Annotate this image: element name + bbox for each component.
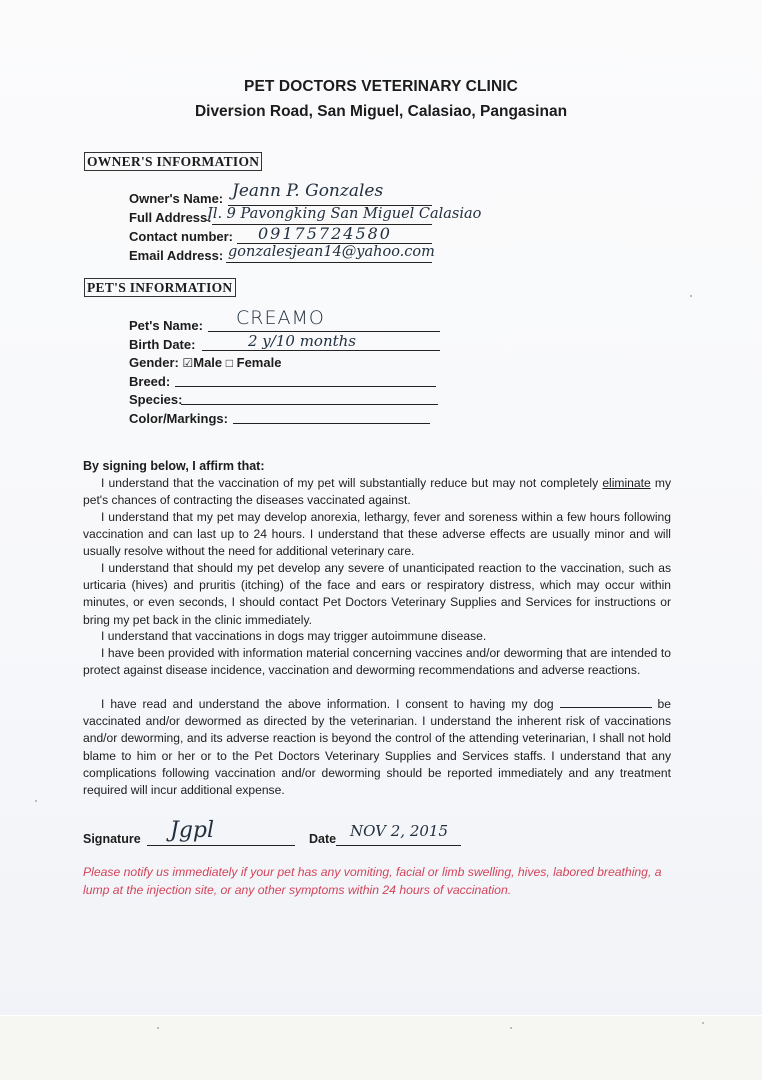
pet-name-field[interactable]: CREAMO	[236, 307, 325, 329]
signature-line	[147, 845, 295, 846]
owner-name-field[interactable]: Jeann P. Gonzales	[232, 181, 383, 201]
p1-underlined: eliminate	[602, 476, 650, 490]
scan-speck	[702, 1022, 704, 1024]
owner-name-label: Owner's Name:	[129, 191, 223, 206]
scan-speck	[690, 295, 692, 297]
post-vaccination-notice: Please notify us immediately if your pet…	[83, 863, 683, 899]
p6-text-b: be vaccinated and/or dewormed as directe…	[83, 697, 671, 797]
email-label: Email Address:	[129, 248, 223, 263]
date-line	[336, 845, 461, 846]
owner-section-title: OWNER'S INFORMATION	[84, 152, 262, 171]
birth-date-label: Birth Date:	[129, 337, 195, 352]
signature-field[interactable]: Jgpl	[170, 818, 214, 843]
scan-speck	[157, 1027, 159, 1029]
pet-name-label: Pet's Name:	[129, 318, 203, 333]
female-option-label: Female	[237, 355, 282, 370]
affirmation-heading: By signing below, I affirm that:	[83, 459, 265, 473]
date-label: Date	[309, 832, 336, 846]
scan-speck	[35, 800, 37, 802]
scan-speck	[510, 1027, 512, 1029]
male-checkbox[interactable]: ☑	[182, 356, 193, 370]
dog-name-blank[interactable]	[560, 697, 652, 708]
contact-number-field[interactable]: 09175724580	[258, 224, 392, 243]
affirmation-paragraph-5: I have been provided with information ma…	[83, 645, 671, 679]
owner-address-label: Full Address:	[129, 210, 212, 225]
color-markings-label: Color/Markings:	[129, 411, 228, 426]
gender-group: Gender: ☑Male □ Female	[129, 355, 281, 370]
affirmation-paragraph-6: I have read and understand the above inf…	[83, 696, 671, 799]
breed-field[interactable]	[175, 386, 436, 387]
email-field[interactable]: gonzalesjean14@yahoo.com	[228, 244, 435, 260]
color-markings-field[interactable]	[233, 423, 430, 424]
p1-text-a: I understand that the vaccination of my …	[101, 476, 602, 490]
female-checkbox[interactable]: □	[226, 356, 233, 370]
species-label: Species:	[129, 392, 182, 407]
date-field[interactable]: NOV 2, 2015	[350, 822, 448, 840]
signature-label: Signature	[83, 832, 141, 846]
affirmation-paragraph-1: I understand that the vaccination of my …	[83, 475, 671, 509]
birth-date-line	[202, 350, 440, 351]
affirmation-paragraph-2: I understand that my pet may develop ano…	[83, 509, 671, 561]
owner-address-field[interactable]: Jl. 9 Pavongking San Miguel Calasiao	[207, 206, 481, 222]
male-option-label: Male	[193, 355, 222, 370]
p6-text-a: I have read and understand the above inf…	[101, 697, 560, 711]
gender-label: Gender:	[129, 355, 179, 370]
birth-date-field[interactable]: 2 y/10 months	[248, 332, 356, 350]
email-line	[226, 262, 432, 263]
contact-number-label: Contact number:	[129, 229, 233, 244]
clinic-address: Diversion Road, San Miguel, Calasiao, Pa…	[0, 103, 762, 121]
affirmation-paragraph-3: I understand that should my pet develop …	[83, 560, 671, 629]
pet-section-title: PET'S INFORMATION	[84, 278, 236, 297]
scanner-bed	[0, 1015, 762, 1080]
species-field[interactable]	[181, 404, 438, 405]
breed-label: Breed:	[129, 374, 170, 389]
clinic-name: PET DOCTORS VETERINARY CLINIC	[0, 78, 762, 96]
affirmation-paragraph-4: I understand that vaccinations in dogs m…	[83, 628, 671, 645]
